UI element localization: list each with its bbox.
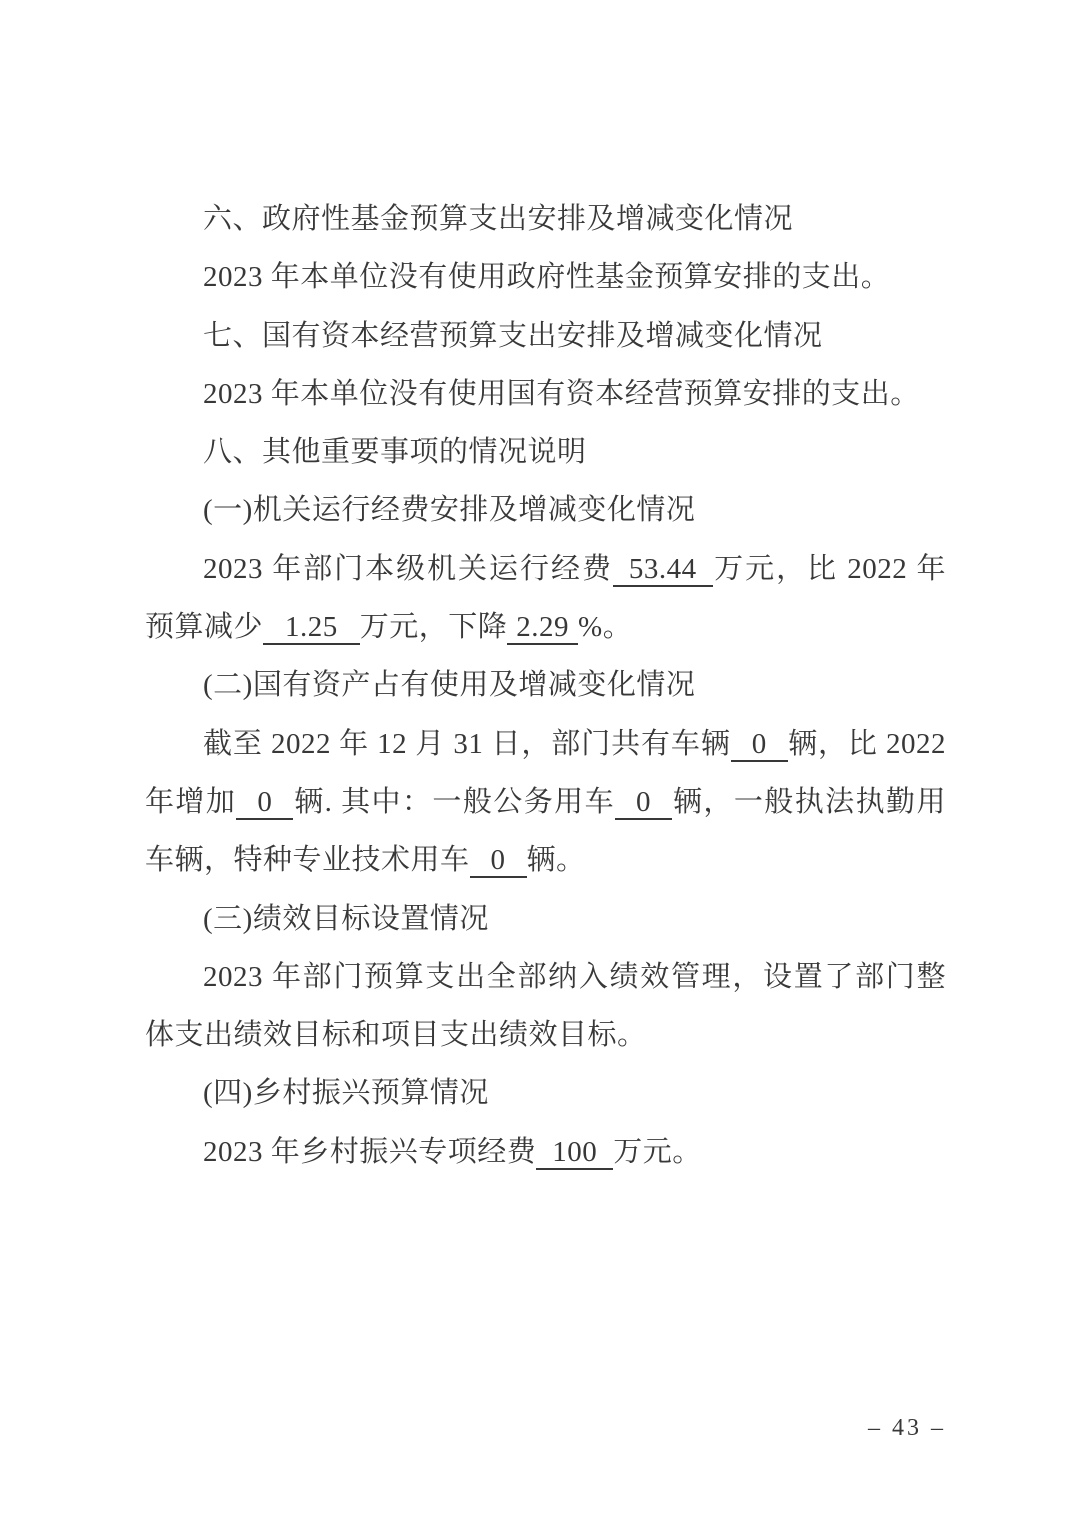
subsection-2-paragraph: 截至 2022 年 12 月 31 日，部门共有车辆0辆，比 2022 年增加0… [145,715,946,890]
subsection-3-heading: (三)绩效目标设置情况 [145,890,946,948]
section-8-heading: 八、其他重要事项的情况说明 [145,423,946,481]
text-segment: %。 [578,611,632,643]
section-7-body: 2023 年本单位没有使用国有资本经营预算安排的支出。 [145,365,946,423]
document-content: 六、政府性基金预算支出安排及增减变化情况 2023 年本单位没有使用政府性基金预… [145,190,946,1181]
subsection-2-heading: (二)国有资产占有使用及增减变化情况 [145,656,946,714]
section-7-heading: 七、国有资本经营预算支出安排及增减变化情况 [145,307,946,365]
text-segment: 2023 年部门本级机关运行经费 [203,553,613,585]
subsection-1-heading: (一)机关运行经费安排及增减变化情况 [145,481,946,539]
underlined-value-decrease-amount: 1.25 [263,611,360,645]
section-6-body: 2023 年本单位没有使用政府性基金预算安排的支出。 [145,248,946,306]
underlined-value-official-vehicles: 0 [615,786,672,820]
subsection-1-paragraph: 2023 年部门本级机关运行经费53.44万元，比 2022 年预算减少1.25… [145,540,946,657]
document-page: 六、政府性基金预算支出安排及增减变化情况 2023 年本单位没有使用政府性基金预… [0,0,1074,1520]
underlined-value-special-vehicles: 0 [470,844,527,878]
subsection-4-heading: (四)乡村振兴预算情况 [145,1064,946,1122]
text-segment: 辆。 [527,844,586,876]
text-segment: 万元，下降 [360,611,508,643]
underlined-value-rural-revitalization-fund: 100 [536,1136,613,1170]
section-6-heading: 六、政府性基金预算支出安排及增减变化情况 [145,190,946,248]
underlined-value-operating-budget: 53.44 [613,553,713,587]
page-number: – 43 – [868,1412,946,1444]
underlined-value-total-vehicles: 0 [731,728,788,762]
underlined-value-vehicle-increase: 0 [236,786,293,820]
underlined-value-decrease-percent: 2.29 [507,611,578,645]
text-segment: 截至 2022 年 12 月 31 日，部门共有车辆 [203,728,731,760]
text-segment: 辆. 其中：一般公务用车 [293,786,615,818]
subsection-4-paragraph: 2023 年乡村振兴专项经费100万元。 [145,1123,946,1181]
text-segment: 2023 年乡村振兴专项经费 [203,1136,536,1168]
text-segment: 万元。 [613,1136,702,1168]
subsection-3-paragraph: 2023 年部门预算支出全部纳入绩效管理，设置了部门整体支出绩效目标和项目支出绩… [145,948,946,1065]
